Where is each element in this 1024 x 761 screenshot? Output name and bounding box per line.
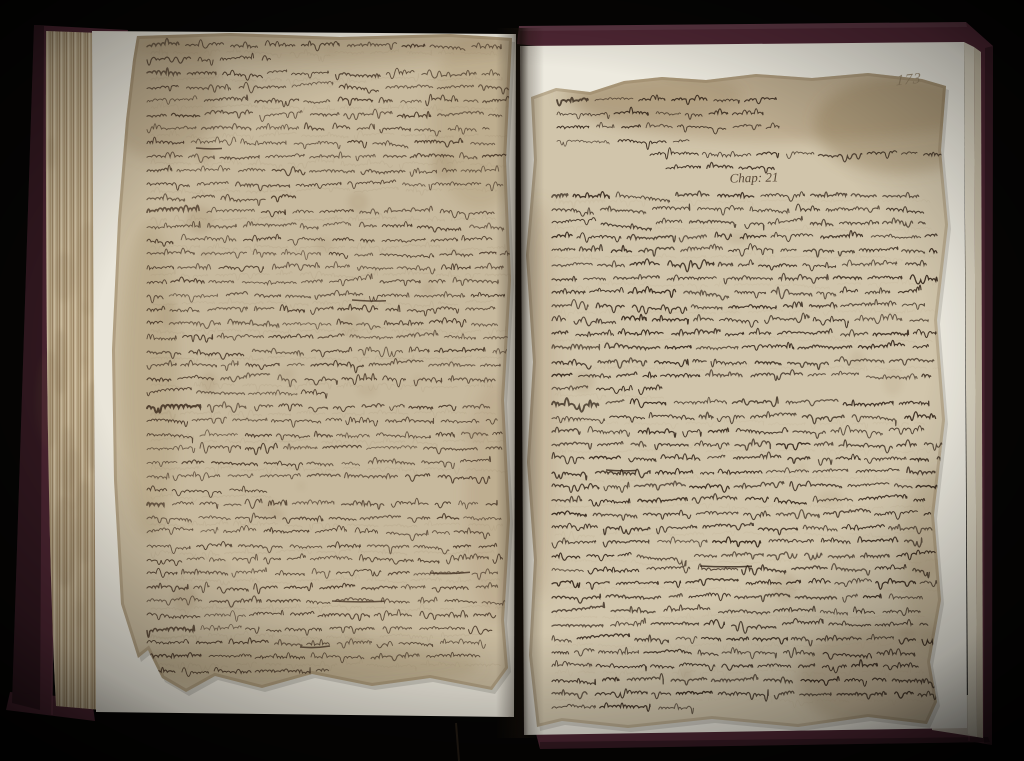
manuscript-photograph: 173 Chap: 21 (0, 0, 1024, 761)
folio-number: 173 (895, 71, 922, 91)
bookmark-thread (456, 723, 459, 761)
gutter-shadow (496, 28, 544, 738)
book (0, 0, 1024, 761)
chapter-heading: Chap: 21 (706, 169, 802, 188)
